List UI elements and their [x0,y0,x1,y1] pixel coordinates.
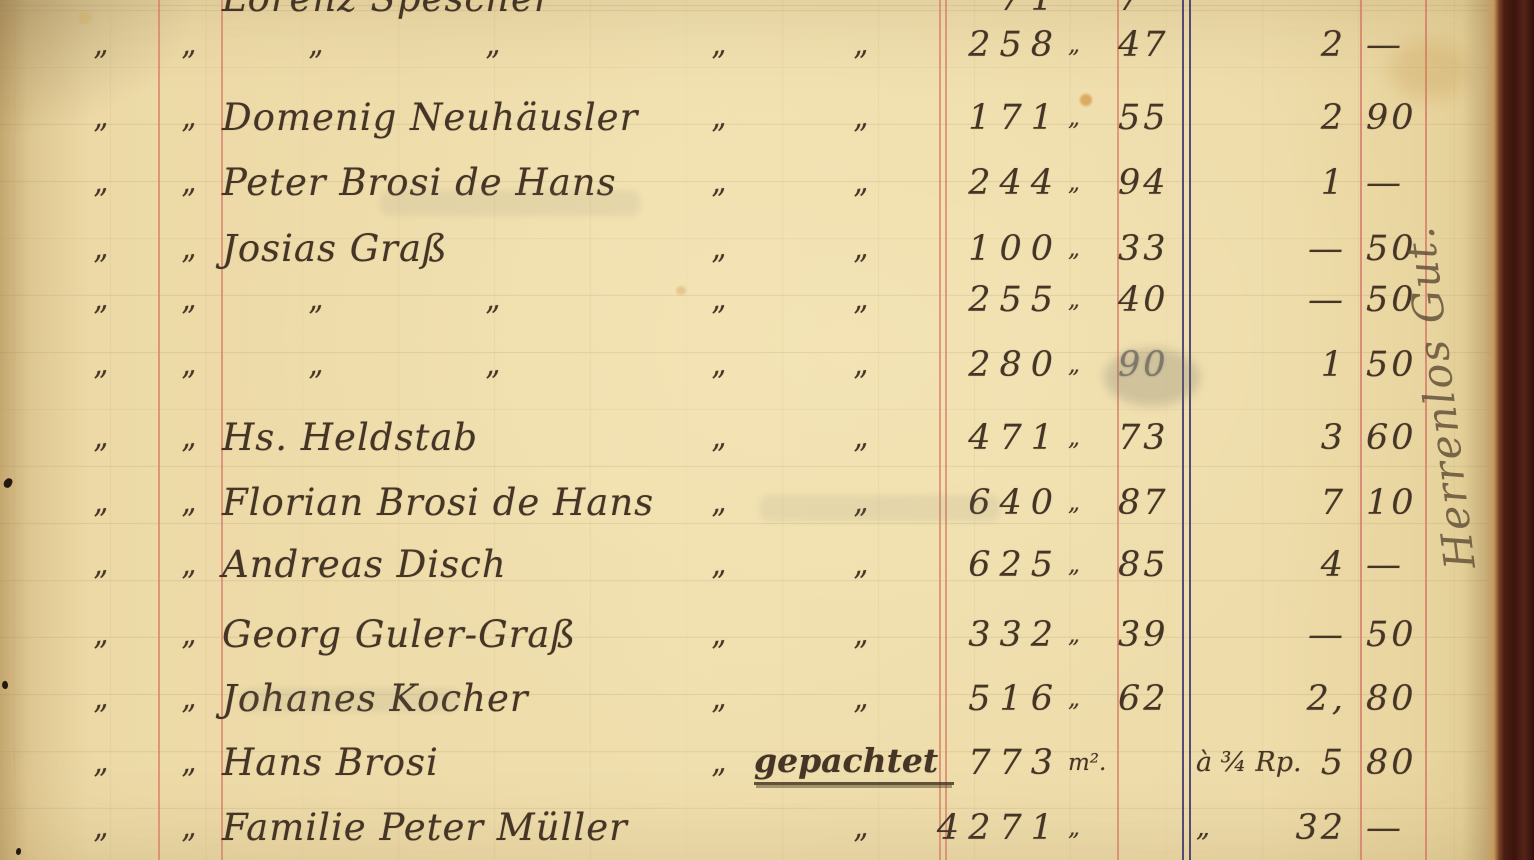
parcel-value: 94 [1118,160,1182,206]
area-unit: „ [1068,415,1124,461]
ditto-mark: „ [836,540,885,590]
area-value: 171 [936,95,1062,141]
area-value: 332 [936,612,1062,658]
parcel-value: 85 [1118,542,1182,588]
parcel-value: 40 [1118,277,1182,323]
area-unit: „ [1068,277,1124,323]
amount-rappen: 10 [1366,480,1430,526]
ledger-row-5: „„„„„„255„40—50 [0,277,1534,325]
amount-francs: 1 [1264,342,1346,388]
area-value: 516 [936,676,1062,722]
ditto-mark-margin2: „ [164,158,213,208]
ditto-mark-margin1: „ [76,93,125,143]
area-value: 280 [936,342,1062,388]
area-value: 471 [936,415,1062,461]
ditto-mark: „ [836,340,885,390]
owner-name: Lorenz Spescher [222,0,762,22]
ditto-mark-margin2: „ [164,674,213,724]
amount-rappen: — [1366,805,1430,851]
parcel-value: 33 [1118,226,1182,272]
ditto-mark-margin2: „ [164,803,213,853]
area-unit: m². [1068,740,1124,786]
ditto-mark-margin2: „ [164,478,213,528]
ledger-row-3: „„Peter Brosi de Hans„„244„941— [0,160,1534,208]
amount-francs: 4 [1264,542,1346,588]
area-unit: „ [1068,612,1124,658]
ditto-mark-margin2: „ [164,93,213,143]
ditto-mark-margin1: „ [76,738,125,788]
area-value: 255 [936,277,1062,323]
ditto-mark: „ [694,93,743,143]
ditto-mark: „ [694,540,743,590]
amount-francs: — [1264,277,1346,323]
area-value: 100 [936,226,1062,272]
parcel-value-clipped: 7 [1118,0,1182,22]
ditto-mark: „ [836,674,885,724]
ditto-mark: „ [694,610,743,660]
amount-rappen: 90 [1366,95,1430,141]
owner-name: Hs. Heldstab [222,415,762,461]
ditto-mark: „ [291,20,340,70]
area-unit: „ [1068,22,1124,68]
owner-name: Josias Graß [222,226,762,272]
area-unit: „ [1068,805,1124,851]
ditto-mark: „ [836,413,885,463]
amount-francs: 32 [1264,805,1346,851]
ditto-mark-margin2: „ [164,413,213,463]
ditto-mark-margin2: „ [164,340,213,390]
parcel-value: 73 [1118,415,1182,461]
area-unit: „ [1068,160,1124,206]
amount-rappen: 50 [1366,612,1430,658]
area-unit: „ [1068,226,1124,272]
ink-bleed-through [380,190,640,216]
parcel-value: 47 [1118,22,1182,68]
ditto-mark-margin1: „ [76,224,125,274]
area-value: 244 [936,160,1062,206]
ditto-mark-margin1: „ [76,340,125,390]
owner-name: Georg Guler-Graß [222,612,762,658]
ditto-mark-margin2: „ [164,20,213,70]
ditto-mark: „ [836,275,885,325]
amount-rappen: 80 [1366,676,1430,722]
ditto-mark: „ [694,674,743,724]
area-value: 4271 [936,805,1062,851]
ditto-mark: „ [694,738,743,788]
ditto-mark: „ [468,20,517,70]
ink-bleed-through [240,688,460,712]
ditto-mark-margin2: „ [164,610,213,660]
amount-rappen: 80 [1366,740,1430,786]
ledger-row-2: „„Domenig Neuhäusler„„171„55290 [0,95,1534,143]
area-value: 773 [936,740,1062,786]
ditto-mark-margin1: „ [76,610,125,660]
area-value-clipped: 71 [936,0,1062,22]
ditto-mark: „ [836,224,885,274]
ditto-mark-margin2: „ [164,275,213,325]
amount-francs: 2 [1264,95,1346,141]
ledger-row-0: Lorenz Spescher717 [0,0,1534,24]
ditto-mark-margin1: „ [76,540,125,590]
amount-francs: 1 [1264,160,1346,206]
amount-francs: 2 [1264,22,1346,68]
area-unit: „ [1068,480,1124,526]
ledger-page: Lorenz Spescher717„„„„„„258„472—„„Domeni… [0,0,1534,860]
owner-name: Florian Brosi de Hans [222,480,762,526]
area-unit: „ [1068,342,1124,388]
amount-rappen: — [1366,22,1430,68]
amount-francs: 5 [1264,740,1346,786]
amount-francs: 2, [1264,676,1346,722]
ledger-row-7: „„Hs. Heldstab„„471„73360 [0,415,1534,463]
amount-francs: 3 [1264,415,1346,461]
ditto-mark-margin1: „ [76,413,125,463]
ditto-mark: „ [694,478,743,528]
area-unit: „ [1068,542,1124,588]
ink-bleed-through [760,495,1000,521]
ditto-mark-margin1: „ [76,20,125,70]
ledger-row-11: „„Johanes Kocher„„516„622,80 [0,676,1534,724]
ditto-mark: „ [291,340,340,390]
ditto-mark-margin1: „ [76,275,125,325]
ditto-mark: „ [694,224,743,274]
ledger-row-1: „„„„„„258„472— [0,22,1534,70]
parcel-value: 55 [1118,95,1182,141]
area-value: 625 [936,542,1062,588]
owner-name: Hans Brosi [222,740,762,786]
ditto-mark-margin1: „ [76,674,125,724]
ledger-row-12: „„Hans Brosi„gepachtet773m².à ¾ Rp.580 [0,740,1534,788]
area-value: 258 [936,22,1062,68]
owner-name: Andreas Disch [222,542,762,588]
ditto-mark-margin2: „ [164,224,213,274]
ditto-mark-margin2: „ [164,738,213,788]
ditto-mark: „ [836,610,885,660]
ditto-mark-margin1: „ [76,478,125,528]
ditto-mark: „ [836,158,885,208]
parcel-value: 87 [1118,480,1182,526]
ditto-mark: „ [836,20,885,70]
parcel-value: 39 [1118,612,1182,658]
ditto-mark: „ [468,275,517,325]
ditto-mark-margin1: „ [76,803,125,853]
ditto-mark: „ [694,413,743,463]
owner-name: Familie Peter Müller [222,805,762,851]
ditto-mark: „ [694,340,743,390]
ink-speck [16,848,21,855]
amount-francs: — [1264,612,1346,658]
ditto-mark-margin2: „ [164,540,213,590]
parcel-value: 62 [1118,676,1182,722]
ledger-row-13: „„Familie Peter Müller„4271„„32— [0,805,1534,853]
ditto-mark: „ [291,275,340,325]
area-unit: „ [1068,95,1124,141]
amount-francs: — [1264,226,1346,272]
book-cover-edge [1462,0,1534,860]
ledger-row-10: „„Georg Guler-Graß„„332„39—50 [0,612,1534,660]
ditto-mark-margin1: „ [76,158,125,208]
ditto-mark: „ [468,340,517,390]
ditto-mark: „ [694,158,743,208]
ledger-row-4: „„Josias Graß„„100„33—50 [0,226,1534,274]
amount-francs: 7 [1264,480,1346,526]
ledger-row-6: „„„„„„280„90150 [0,342,1534,390]
parcel-value-pencil: 90 [1118,342,1182,388]
ledger-row-9: „„Andreas Disch„„625„854— [0,542,1534,590]
ditto-mark: „ [836,93,885,143]
ditto-mark: „ [694,20,743,70]
gepachtet-annotation: gepachtet [754,740,954,785]
owner-name: Domenig Neuhäusler [222,95,762,141]
ditto-mark: „ [694,275,743,325]
amount-rappen: — [1366,542,1430,588]
area-unit: „ [1068,676,1124,722]
ditto-mark: „ [836,803,885,853]
